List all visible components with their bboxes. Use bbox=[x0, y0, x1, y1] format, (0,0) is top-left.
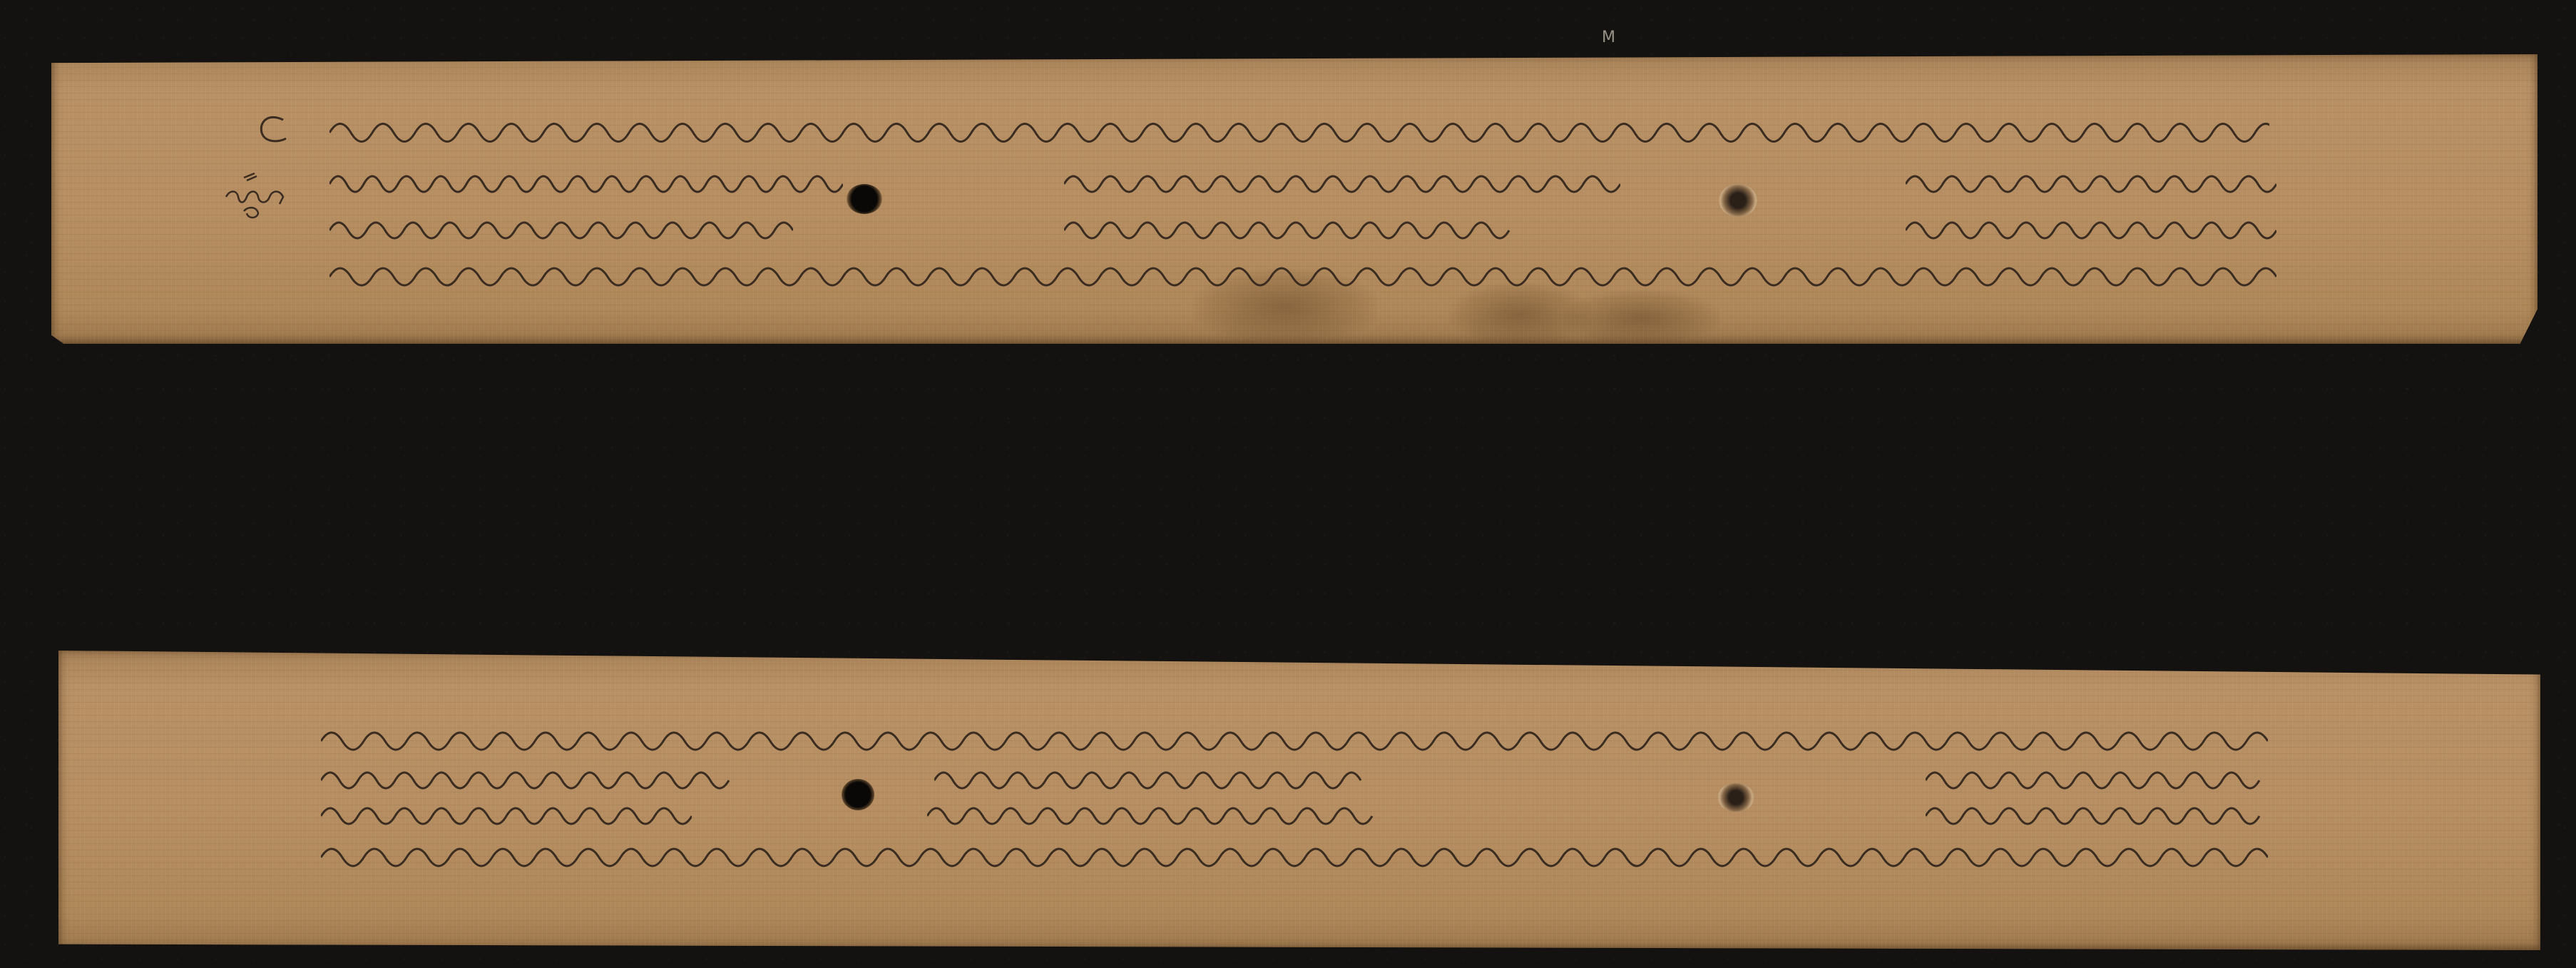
text-line-3-right bbox=[1926, 793, 2268, 836]
text-line-4 bbox=[329, 254, 2276, 297]
text-line-3-left bbox=[321, 793, 692, 836]
edge-mark: M bbox=[1602, 29, 1615, 46]
text-line-3-right bbox=[1906, 208, 2276, 250]
palm-leaf-top bbox=[51, 54, 2537, 344]
palm-leaf-bottom bbox=[58, 651, 2540, 950]
string-hole-right bbox=[1719, 184, 1757, 217]
string-hole-left bbox=[842, 779, 874, 810]
text-line-3-middle bbox=[927, 793, 1384, 836]
text-line-4 bbox=[321, 835, 2268, 877]
string-hole-left bbox=[847, 184, 882, 214]
text-line-1 bbox=[329, 108, 2269, 151]
text-line-3-left bbox=[329, 208, 793, 250]
stain bbox=[1563, 290, 1720, 347]
leaf-number-marker bbox=[255, 111, 290, 147]
text-line-1 bbox=[321, 718, 2268, 761]
text-line-2-right bbox=[1906, 161, 2276, 204]
text-line-2-middle bbox=[1064, 161, 1620, 204]
text-line-3-middle bbox=[1064, 208, 1520, 250]
margin-annotation bbox=[223, 172, 294, 222]
text-line-2-left bbox=[329, 161, 843, 204]
string-hole-right bbox=[1717, 783, 1754, 812]
